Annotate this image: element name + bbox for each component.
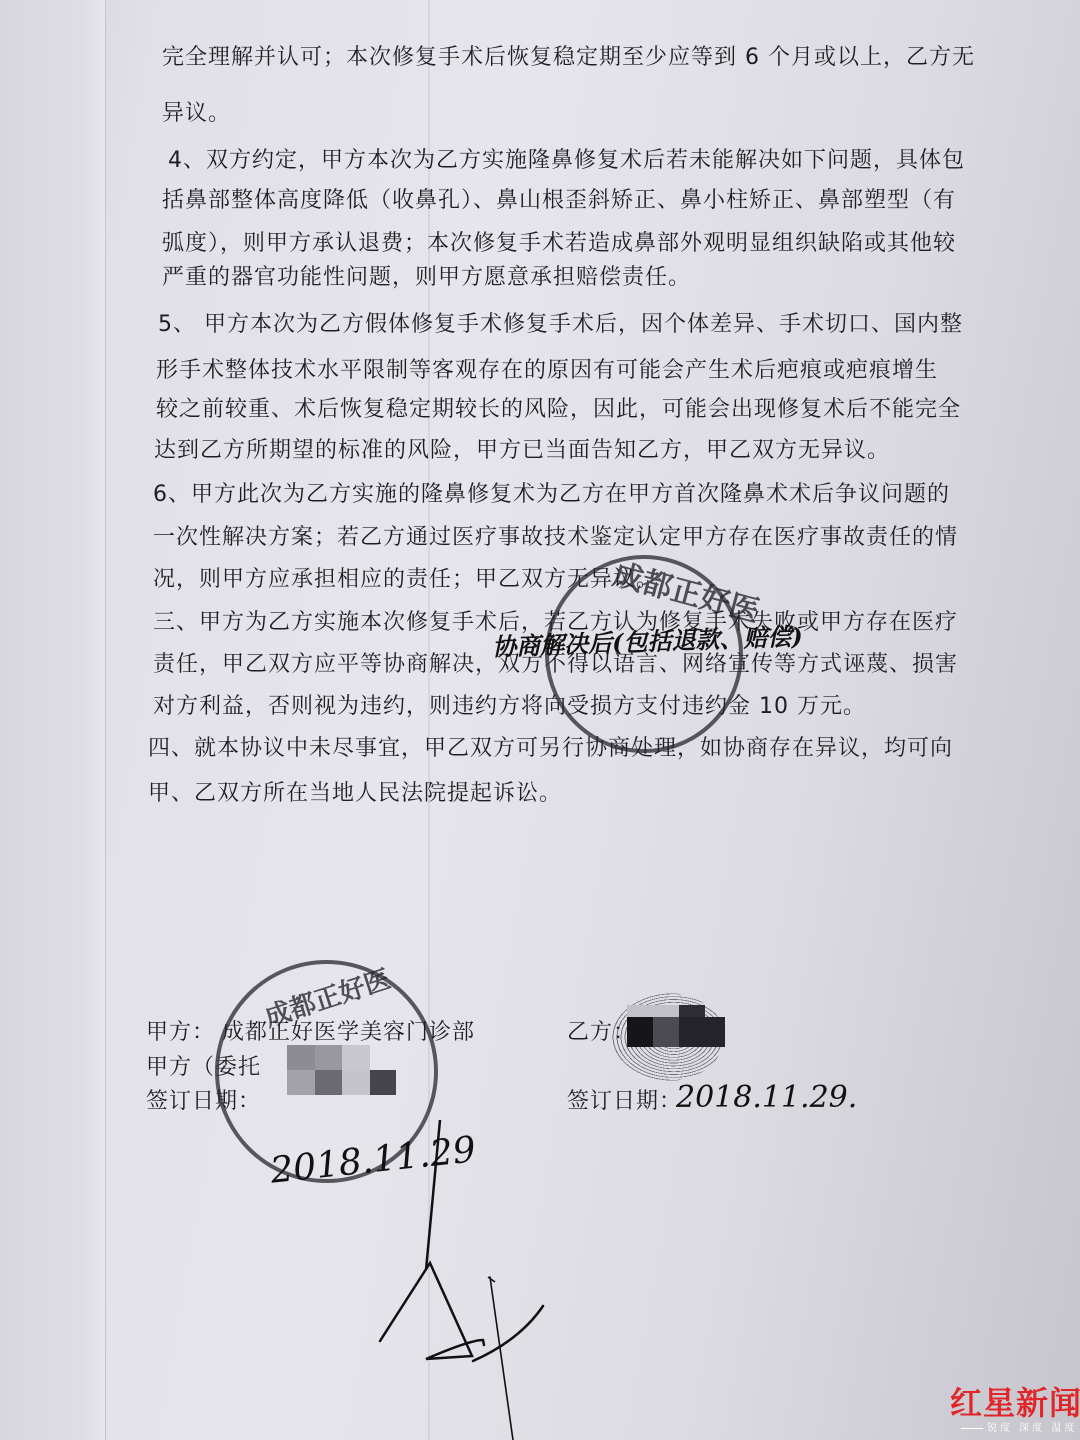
text-line: 甲、乙双方所在当地人民法院提起诉讼。 (148, 779, 562, 809)
party-a-agent-label: 甲方（委托 (146, 1053, 261, 1083)
signature-stroke (420, 1120, 460, 1270)
party-a-name: 成都正好医学美容门诊部 (222, 1018, 475, 1048)
party-a-label: 甲方： (146, 1018, 215, 1048)
text-line: 完全理解并认可；本次修复手术后恢复稳定期至少应等到 6 个月或以上，乙方无 (162, 43, 975, 73)
text-line: 5、 甲方本次为乙方假体修复手术修复手术后，因个体差异、手术切口、国内整 (158, 310, 963, 340)
signature-scrawl (350, 1240, 550, 1440)
redacted-name-block (625, 1005, 725, 1047)
text-line: 较之前较重、术后恢复稳定期较长的风险，因此，可能会出现修复术后不能完全 (156, 395, 961, 425)
paper-fold-shadow (0, 0, 106, 1440)
watermark-logo-text: 红星新闻 (950, 1378, 1080, 1424)
text-line: 达到乙方所期望的标准的风险，甲方已当面告知乙方，甲乙双方无异议。 (154, 436, 890, 466)
text-line: 6、甲方此次为乙方实施的隆鼻修复术为乙方在甲方首次隆鼻术术后争议问题的 (153, 480, 950, 510)
party-b-date-label: 签订日期： (567, 1087, 682, 1117)
redacted-name-block (287, 1045, 397, 1095)
text-line: 弧度），则甲方承认退费；本次修复手术若造成鼻部外观明显组织缺陷或其他较 (162, 229, 956, 259)
text-line: 4、双方约定，甲方本次为乙方实施隆鼻修复术后若未能解决如下问题，具体包 (168, 146, 965, 176)
text-line: 一次性解决方案；若乙方通过医疗事故技术鉴定认定甲方存在医疗事故责任的情 (153, 523, 958, 553)
text-line: 形手术整体技术水平限制等客观存在的原因有可能会产生术后疤痕或疤痕增生 (156, 356, 938, 386)
text-line: 对方利益，否则视为违约，则违约方将向受损方支付违约金 10 万元。 (153, 692, 866, 722)
party-b-handwritten-date: 2018.11.29. (676, 1080, 857, 1115)
party-a-date-label: 签订日期： (146, 1087, 261, 1117)
text-line: 括鼻部整体高度降低（收鼻孔）、鼻山根歪斜矫正、鼻小柱矫正、鼻部塑型（有 (162, 186, 956, 216)
text-line: 四、就本协议中未尽事宜，甲乙双方可另行协商处理，如协商存在异议，均可向 (148, 734, 953, 764)
hongxing-news-watermark: 红星新闻 锐度 深度 温度 (910, 1370, 1080, 1440)
watermark-tagline: 锐度 深度 温度 (957, 1419, 1080, 1434)
text-line: 严重的器官功能性问题，则甲方愿意承担赔偿责任。 (162, 263, 691, 293)
text-line: 异议。 (162, 99, 231, 129)
